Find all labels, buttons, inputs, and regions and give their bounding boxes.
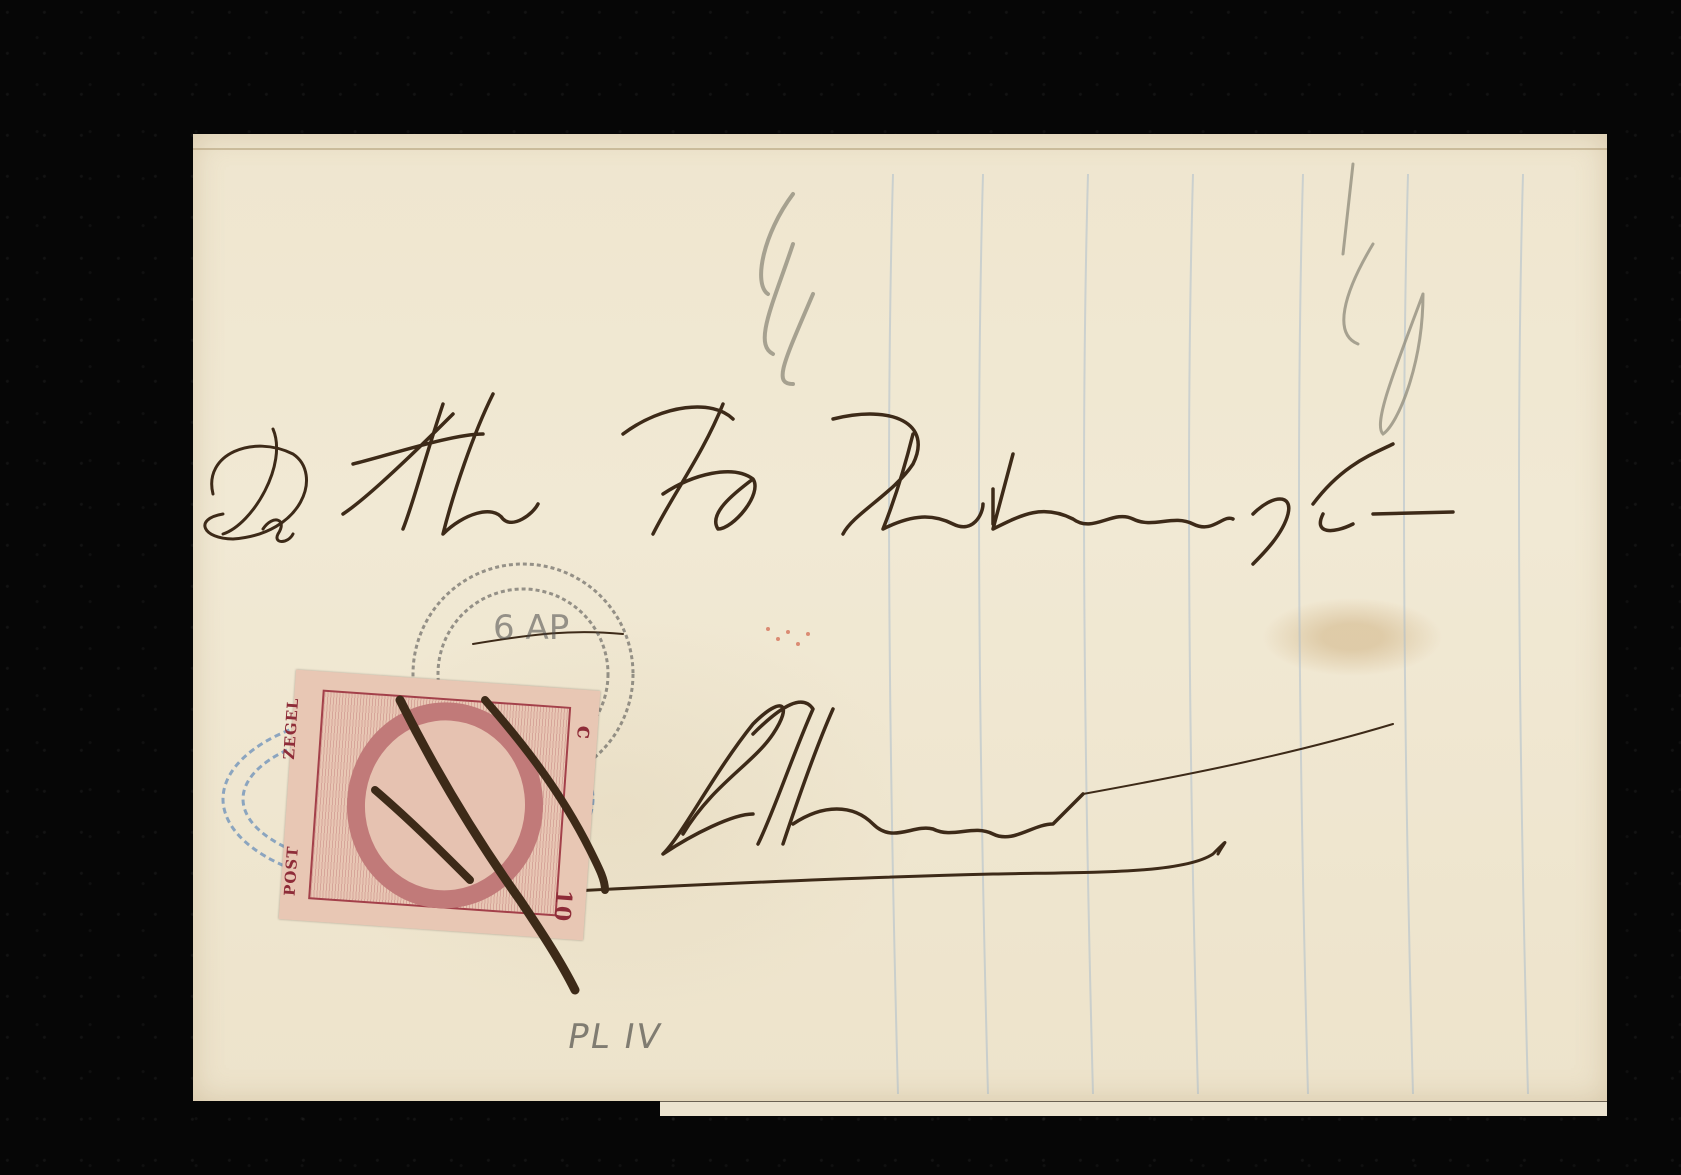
pencil-plate-note: PL IV [564, 1017, 665, 1057]
pen-cancellation [0, 0, 1681, 1175]
